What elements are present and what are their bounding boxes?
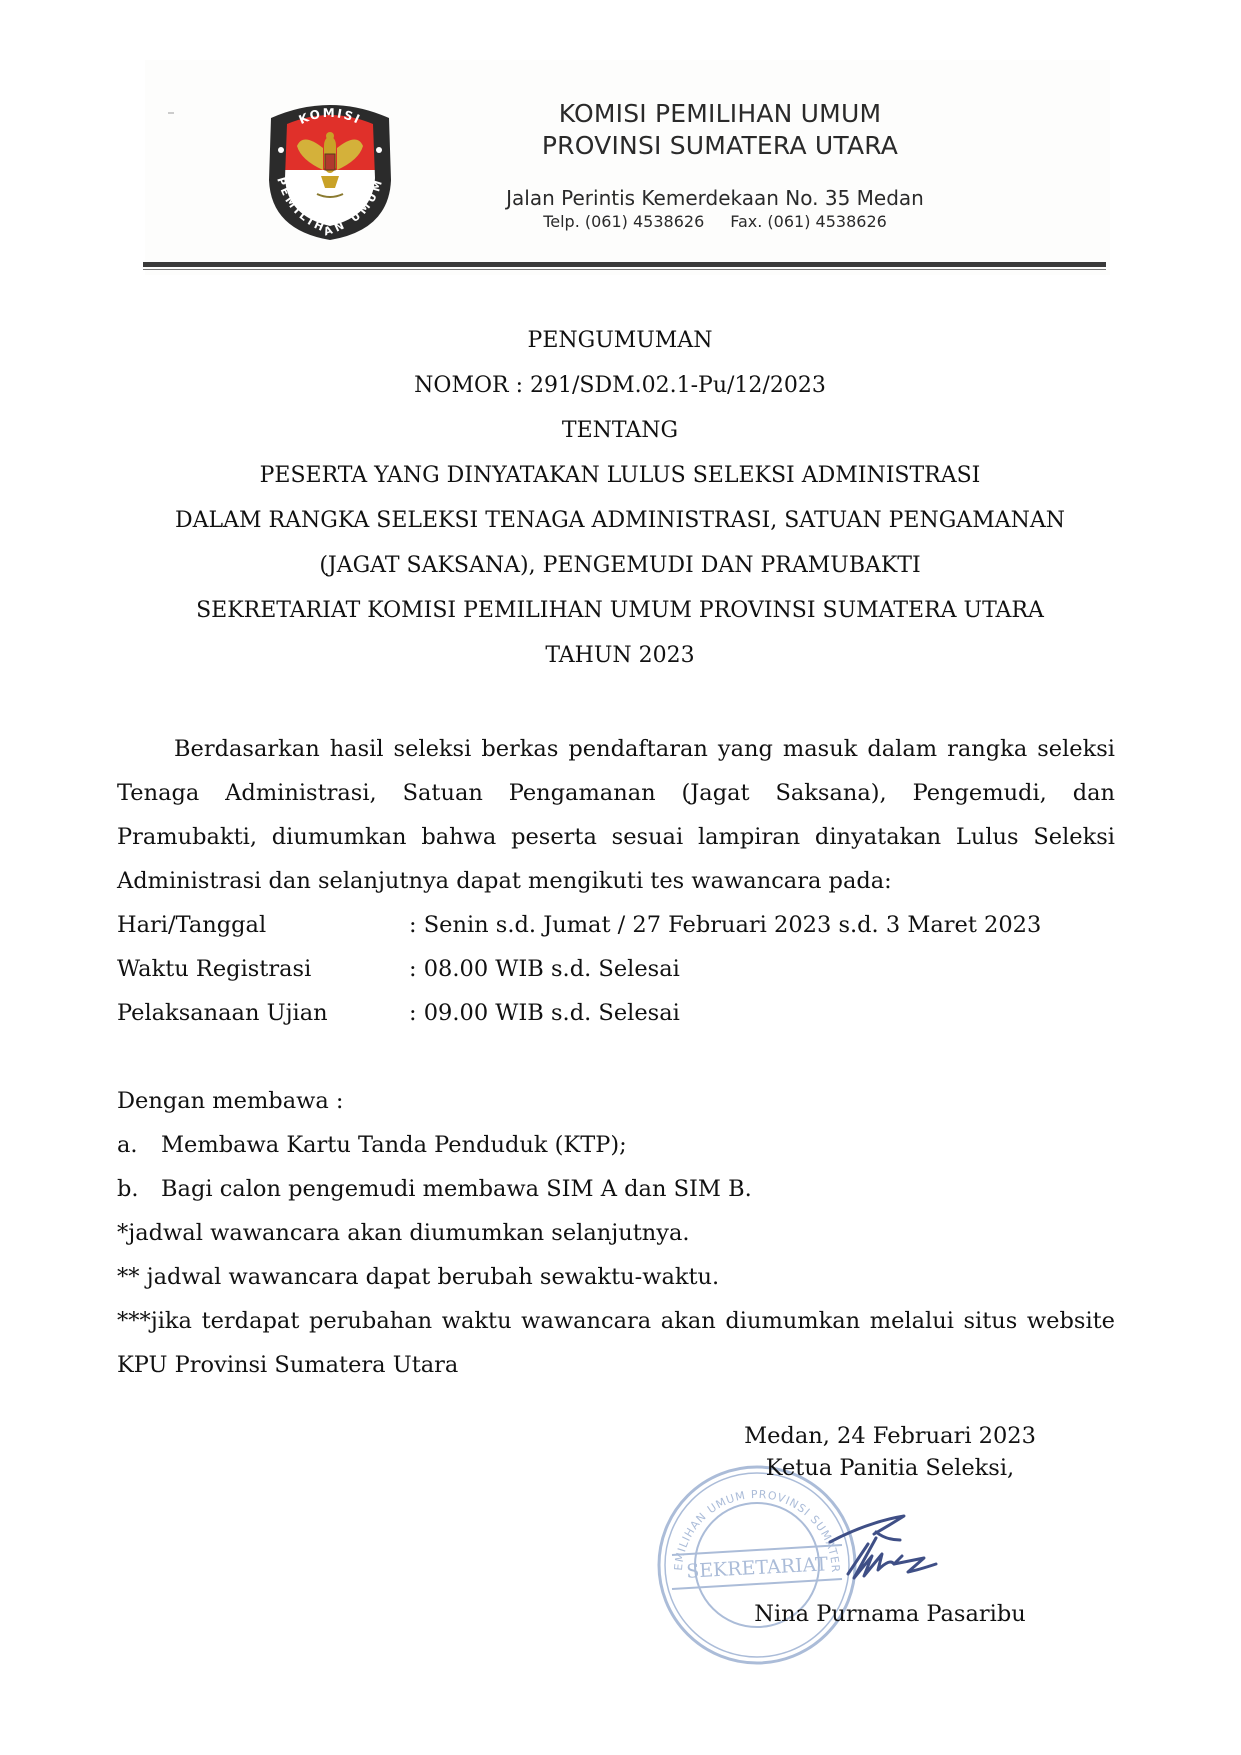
announcement-body: Berdasarkan hasil seleksi berkas pendaft… <box>117 727 1115 1387</box>
announcement-page: KOMISI PEMILIHAN UMUM KOMISI PEMILIHAN U… <box>0 0 1241 1755</box>
letterhead-rule <box>143 262 1106 267</box>
schedule-value: : 09.00 WIB s.d. Selesai <box>409 991 1115 1035</box>
requirement-item: a. Membawa Kartu Tanda Penduduk (KTP); <box>117 1123 1115 1167</box>
requirement-item: b. Bagi calon pengemudi membawa SIM A da… <box>117 1167 1115 1211</box>
signature-block: Medan, 24 Februari 2023 Ketua Panitia Se… <box>700 1420 1080 1484</box>
interview-schedule: Hari/Tanggal : Senin s.d. Jumat / 27 Feb… <box>117 903 1115 1035</box>
kpu-emblem-icon: KOMISI PEMILIHAN UMUM <box>265 98 395 240</box>
org-name-line2: PROVINSI SUMATERA UTARA <box>480 130 960 162</box>
signatory-role: Ketua Panitia Seleksi, <box>700 1452 1080 1484</box>
schedule-label: Hari/Tanggal <box>117 903 409 947</box>
schedule-label: Waktu Registrasi <box>117 947 409 991</box>
scan-speck <box>168 112 174 114</box>
subject-line: DALAM RANGKA SELEKSI TENAGA ADMINISTRASI… <box>120 498 1120 543</box>
org-address: Jalan Perintis Kemerdekaan No. 35 Medan … <box>490 185 940 233</box>
requirements-title: Dengan membawa : <box>117 1079 1115 1123</box>
subject-line: TAHUN 2023 <box>120 633 1120 678</box>
letterhead-rule-thin <box>143 269 1106 270</box>
organization-name: KOMISI PEMILIHAN UMUM PROVINSI SUMATERA … <box>480 98 960 162</box>
subject-line: PESERTA YANG DINYATAKAN LULUS SELEKSI AD… <box>120 453 1120 498</box>
handwritten-signature-icon <box>828 1512 948 1587</box>
fax-number: Fax. (061) 4538626 <box>730 212 887 231</box>
schedule-value: : 08.00 WIB s.d. Selesai <box>409 947 1115 991</box>
intro-paragraph: Berdasarkan hasil seleksi berkas pendaft… <box>117 727 1115 903</box>
phone-number: Telp. (061) 4538626 <box>543 212 704 231</box>
schedule-value: : Senin s.d. Jumat / 27 Februari 2023 s.… <box>409 903 1115 947</box>
title-block: PENGUMUMAN NOMOR : 291/SDM.02.1-Pu/12/20… <box>120 318 1120 678</box>
document-number: NOMOR : 291/SDM.02.1-Pu/12/2023 <box>120 363 1120 408</box>
subject-line: SEKRETARIAT KOMISI PEMILIHAN UMUM PROVIN… <box>120 588 1120 633</box>
list-marker: b. <box>117 1167 161 1211</box>
list-marker: a. <box>117 1123 161 1167</box>
contact-line: Telp. (061) 4538626Fax. (061) 4538626 <box>490 211 940 233</box>
intro-text: Berdasarkan hasil seleksi berkas pendaft… <box>117 736 1115 894</box>
place-date: Medan, 24 Februari 2023 <box>700 1420 1080 1452</box>
document-heading: PENGUMUMAN <box>120 318 1120 363</box>
footnote: ***jika terdapat perubahan waktu wawanca… <box>117 1299 1115 1387</box>
footnote: *jadwal wawancara akan diumumkan selanju… <box>117 1211 1115 1255</box>
org-name-line1: KOMISI PEMILIHAN UMUM <box>480 98 960 130</box>
requirement-text: Bagi calon pengemudi membawa SIM A dan S… <box>161 1167 752 1211</box>
svg-text:SEKRETARIAT: SEKRETARIAT <box>686 1553 829 1582</box>
footnote: ** jadwal wawancara dapat berubah sewakt… <box>117 1255 1115 1299</box>
document-about: TENTANG <box>120 408 1120 453</box>
schedule-label: Pelaksanaan Ujian <box>117 991 409 1035</box>
requirement-text: Membawa Kartu Tanda Penduduk (KTP); <box>161 1123 627 1167</box>
street-address: Jalan Perintis Kemerdekaan No. 35 Medan <box>490 185 940 211</box>
schedule-row: Waktu Registrasi : 08.00 WIB s.d. Selesa… <box>117 947 1115 991</box>
signatory-name: Nina Purnama Pasaribu <box>700 1598 1080 1630</box>
subject-line: (JAGAT SAKSANA), PENGEMUDI DAN PRAMUBAKT… <box>120 543 1120 588</box>
schedule-row: Pelaksanaan Ujian : 09.00 WIB s.d. Seles… <box>117 991 1115 1035</box>
schedule-row: Hari/Tanggal : Senin s.d. Jumat / 27 Feb… <box>117 903 1115 947</box>
